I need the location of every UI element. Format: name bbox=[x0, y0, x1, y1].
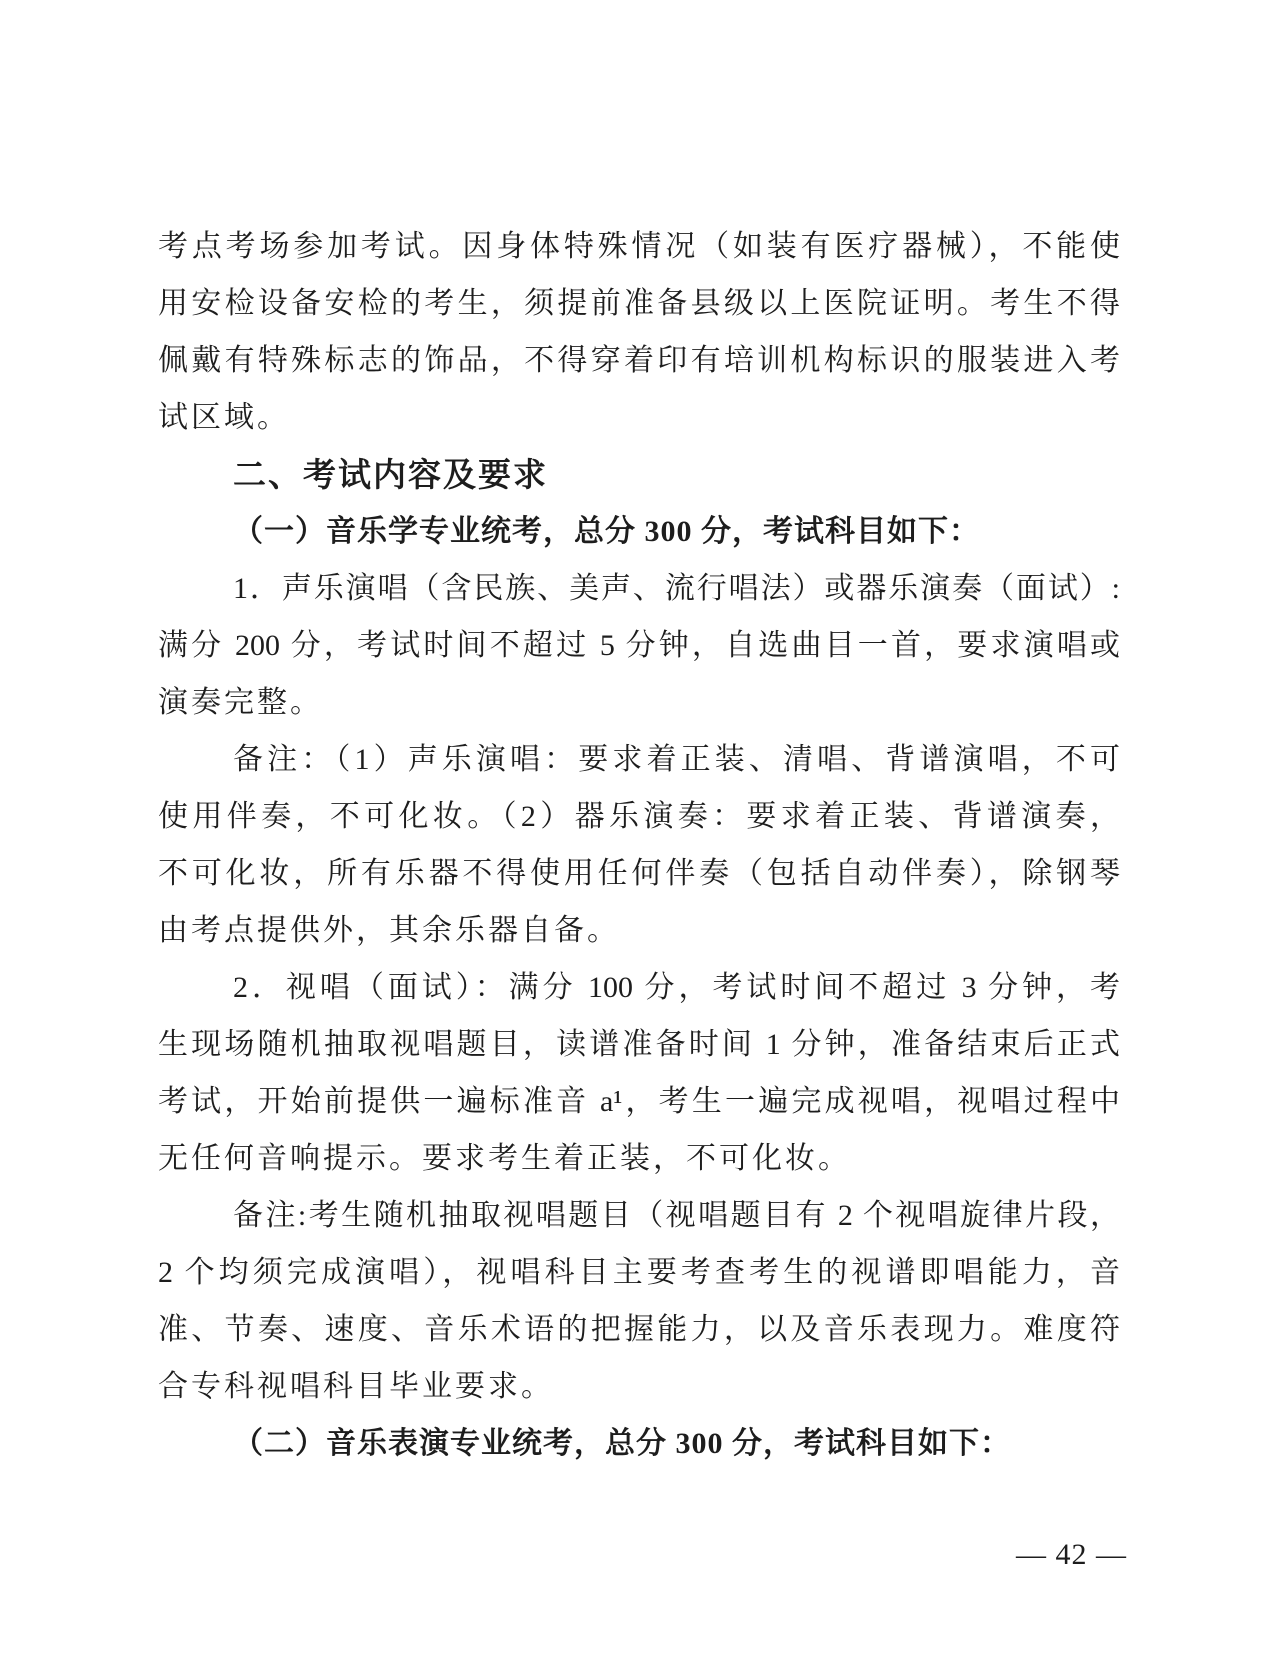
body-text-line: 备注：（1）声乐演唱：要求着正装、清唱、背谱演唱，不可 bbox=[158, 731, 1120, 788]
body-text-line: 考试，开始前提供一遍标准音 a¹，考生一遍完成视唱，视唱过程中 bbox=[158, 1073, 1120, 1130]
body-text-line: 演奏完整。 bbox=[158, 674, 1120, 731]
body-text-line: 生现场随机抽取视唱题目，读谱准备时间 1 分钟，准备结束后正式 bbox=[158, 1016, 1120, 1073]
body-text-line: 准、节奏、速度、音乐术语的把握能力，以及音乐表现力。难度符 bbox=[158, 1301, 1120, 1358]
page-number: — 42 — bbox=[1016, 1535, 1127, 1575]
body-text-line: 使用伴奏，不可化妆。（2）器乐演奏：要求着正装、背谱演奏， bbox=[158, 788, 1120, 845]
subsection-heading-2: （二）音乐表演专业统考，总分 300 分，考试科目如下： bbox=[158, 1415, 1120, 1472]
body-text-line: 2 个均须完成演唱），视唱科目主要考查考生的视谱即唱能力，音 bbox=[158, 1244, 1120, 1301]
document-body: 考点考场参加考试。因身体特殊情况（如装有医疗器械），不能使 用安检设备安检的考生… bbox=[158, 218, 1120, 1472]
body-text-line: 满分 200 分，考试时间不超过 5 分钟，自选曲目一首，要求演唱或 bbox=[158, 617, 1120, 674]
section-heading: 二、考试内容及要求 bbox=[158, 446, 1120, 503]
body-text-line: 合专科视唱科目毕业要求。 bbox=[158, 1358, 1120, 1415]
body-text-line: 备注:考生随机抽取视唱题目（视唱题目有 2 个视唱旋律片段， bbox=[158, 1187, 1120, 1244]
body-text-line: 不可化妆，所有乐器不得使用任何伴奏（包括自动伴奏），除钢琴 bbox=[158, 845, 1120, 902]
body-text-line: 用安检设备安检的考生，须提前准备县级以上医院证明。考生不得 bbox=[158, 275, 1120, 332]
body-text-line: 1．声乐演唱（含民族、美声、流行唱法）或器乐演奏（面试）: bbox=[158, 560, 1120, 617]
body-text-line: 佩戴有特殊标志的饰品，不得穿着印有培训机构标识的服装进入考 bbox=[158, 332, 1120, 389]
body-text-line: 考点考场参加考试。因身体特殊情况（如装有医疗器械），不能使 bbox=[158, 218, 1120, 275]
body-text-line: 2．视唱（面试）：满分 100 分，考试时间不超过 3 分钟，考 bbox=[158, 959, 1120, 1016]
subsection-heading-1: （一）音乐学专业统考，总分 300 分，考试科目如下： bbox=[158, 503, 1120, 560]
body-text-line: 无任何音响提示。要求考生着正装，不可化妆。 bbox=[158, 1130, 1120, 1187]
document-page: 考点考场参加考试。因身体特殊情况（如装有医疗器械），不能使 用安检设备安检的考生… bbox=[0, 0, 1280, 1656]
body-text-line: 由考点提供外，其余乐器自备。 bbox=[158, 902, 1120, 959]
body-text-line: 试区域。 bbox=[158, 389, 1120, 446]
